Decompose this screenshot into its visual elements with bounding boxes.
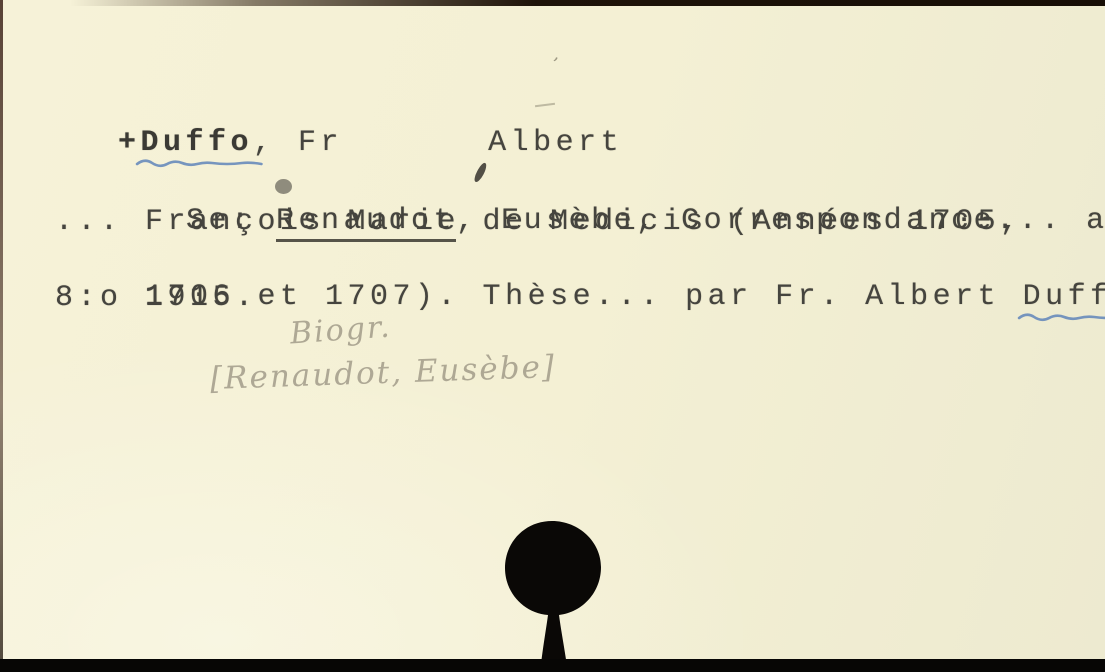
catalog-card: +Duffo, FrAlbert Se: Renaudot, Eusèbe, C… [0,0,1105,672]
body-line-2: ... François Marie de Medicis (Années 17… [55,204,1023,241]
body-line-3-surname: Duffo [1023,279,1105,316]
heading-forename: Albert [488,126,623,160]
stray-mark: ’ [548,54,560,76]
scan-bottom-edge [0,659,1105,672]
heading-surname: Duffo [141,125,254,162]
pencil-cross-reference: [Renaudot, Eusèbe] [210,350,557,396]
ink-blotch [275,179,292,194]
hole-punch [498,518,610,672]
body-line-3-pre: 1706 et 1707). Thèse... par Fr. Albert [145,280,1023,314]
scan-top-edge [70,0,1105,6]
body-line-4: 8:o 1915. [55,280,258,317]
heading-prefix: + [118,126,141,160]
pencil-subject-note: Biogr. [289,311,393,352]
scan-left-edge [0,0,3,672]
heading-suffix: , Fr [253,126,343,160]
wavy-underline-icon [1017,310,1105,323]
